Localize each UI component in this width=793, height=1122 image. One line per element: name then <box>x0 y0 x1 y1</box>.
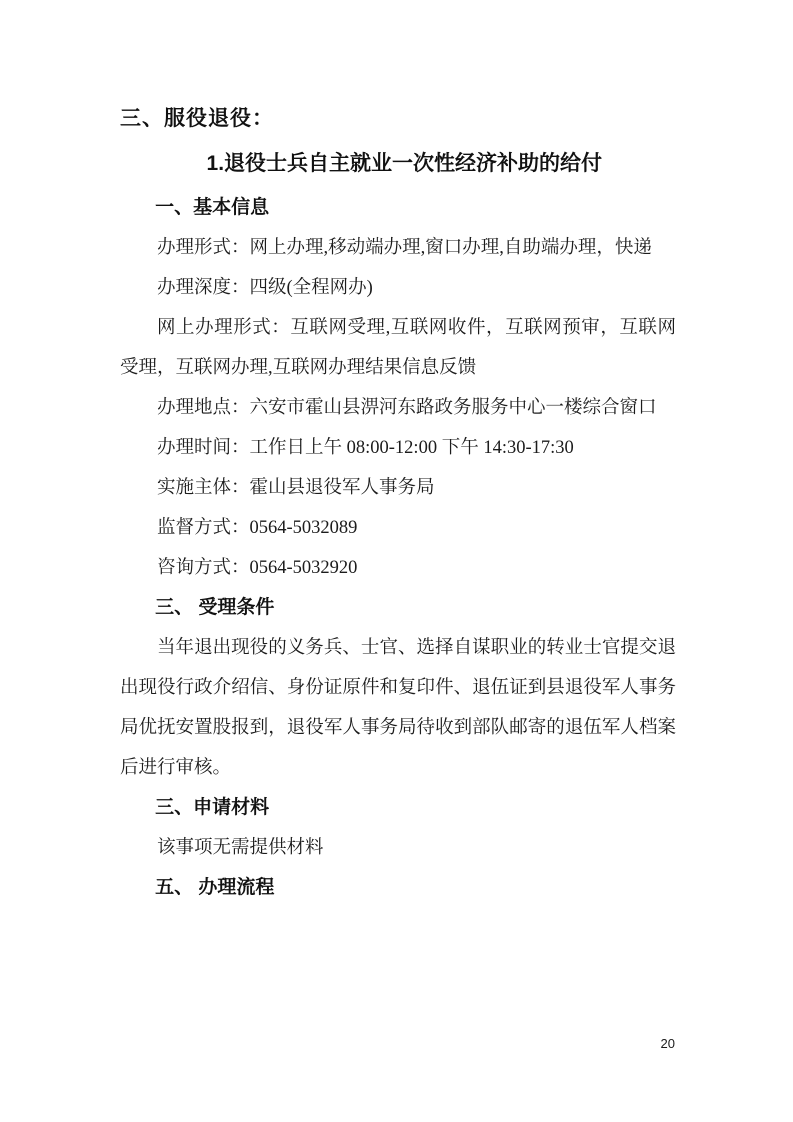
basic-info-line-handling-form: 办理形式：网上办理,移动端办理,窗口办理,自助端办理，快递 <box>120 228 676 268</box>
application-materials-paragraph: 该事项无需提供材料 <box>120 828 676 868</box>
section-heading-basic-info: 一、基本信息 <box>120 188 676 228</box>
basic-info-line-online-form: 网上办理形式：互联网受理,互联网收件，互联网预审，互联网受理，互联网办理,互联网… <box>120 308 676 388</box>
basic-info-line-location: 办理地点：六安市霍山县淠河东路政务服务中心一楼综合窗口 <box>120 388 676 428</box>
document-page: 三、服役退役： 1.退役士兵自主就业一次性经济补助的给付 一、基本信息 办理形式… <box>0 0 793 1122</box>
section-heading-acceptance-conditions: 三、 受理条件 <box>120 588 676 628</box>
page-number: 20 <box>661 1036 675 1052</box>
basic-info-line-supervision-phone: 监督方式：0564-5032089 <box>120 508 676 548</box>
section-heading-application-materials: 三、申请材料 <box>120 788 676 828</box>
basic-info-line-implementer: 实施主体：霍山县退役军人事务局 <box>120 468 676 508</box>
acceptance-conditions-paragraph: 当年退出现役的义务兵、士官、选择自谋职业的转业士官提交退出现役行政介绍信、身份证… <box>120 628 676 788</box>
chapter-heading: 三、服役退役： <box>120 98 676 140</box>
document-content: 三、服役退役： 1.退役士兵自主就业一次性经济补助的给付 一、基本信息 办理形式… <box>120 98 676 908</box>
basic-info-line-consult-phone: 咨询方式：0564-5032920 <box>120 548 676 588</box>
basic-info-line-hours: 办理时间：工作日上午 08:00-12:00 下午 14:30-17:30 <box>120 428 676 468</box>
section-heading-handling-process: 五、 办理流程 <box>120 868 676 908</box>
basic-info-line-handling-depth: 办理深度：四级(全程网办) <box>120 268 676 308</box>
document-title: 1.退役士兵自主就业一次性经济补助的给付 <box>120 140 676 188</box>
